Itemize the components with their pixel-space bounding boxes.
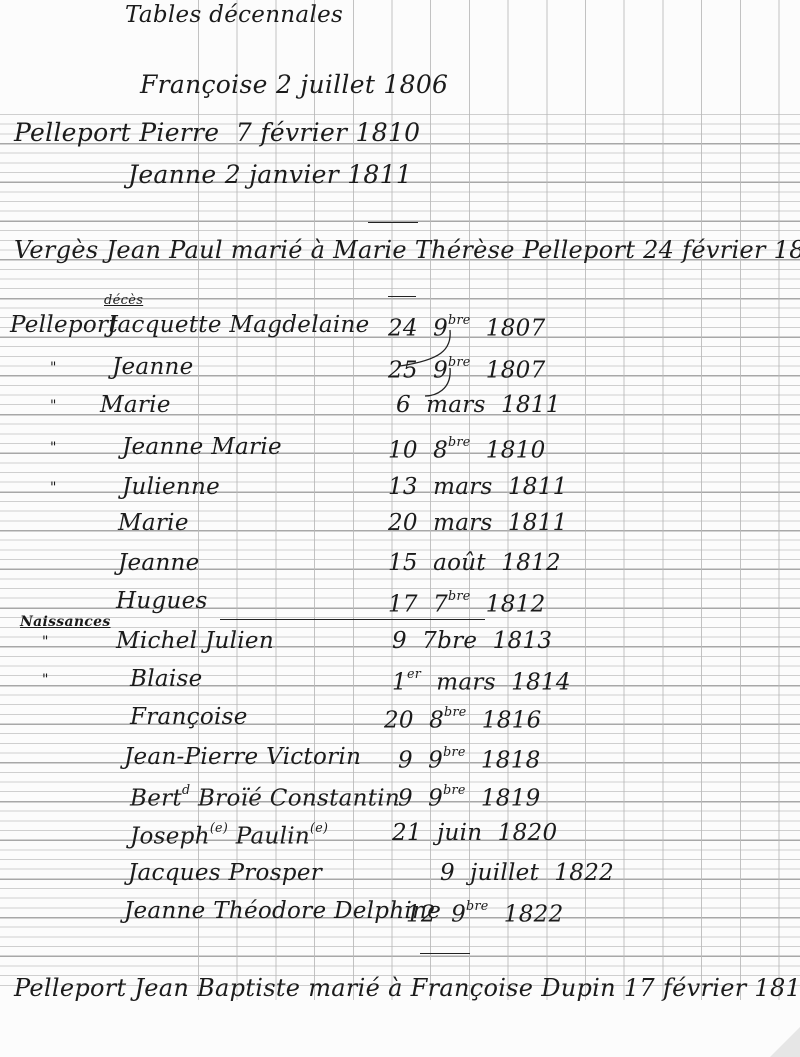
given-name: Michel Julien (116, 628, 274, 654)
date-day: 9 (392, 628, 407, 654)
date-year: 1814 (511, 669, 571, 695)
bracket-mark (380, 320, 480, 400)
given-name: Hugues (116, 588, 208, 614)
date-day: 1 (392, 669, 407, 695)
entry-name: Jeanne (128, 160, 217, 189)
date-day: 9 (440, 860, 455, 886)
given-name: Marie (100, 392, 171, 418)
ditto-mark: " (50, 398, 57, 414)
entry-date: 20 mars 1811 (388, 510, 568, 536)
date-month: 7bre (422, 628, 477, 654)
given-name-rest: Broïé Constantin (198, 785, 400, 811)
date-year: 1807 (486, 315, 546, 341)
date-day: 15 (388, 550, 418, 576)
entry-francoise-1806: Françoise 2 juillet 1806 (140, 70, 448, 99)
date-day: 10 (388, 437, 418, 463)
day-superscript: er (407, 666, 421, 681)
entry-name: Blaise (130, 666, 203, 692)
deaths-surname: Pelleport (10, 312, 118, 338)
month-superscript: bre (466, 898, 489, 913)
entry-date: 2 juillet 1806 (276, 70, 448, 99)
month-superscript: bre (448, 588, 471, 603)
given-name-rest: Paulin (236, 823, 310, 849)
ditto-mark: " (50, 360, 57, 376)
entry-name: Jacques Prosper (128, 860, 322, 886)
entry-date: 2 janvier 1811 (225, 160, 412, 189)
entry-name: Jeanne Marie (122, 434, 282, 460)
entry-name: Jean-Pierre Victorin (124, 744, 361, 770)
date-month: mars (433, 474, 493, 500)
given-name: Françoise (130, 704, 248, 730)
date-day: 12 (406, 901, 436, 927)
month-superscript: bre (448, 434, 471, 449)
page-corner-fold (770, 1027, 800, 1057)
date-year: 1812 (501, 550, 561, 576)
entry-date: 10 8bre 1810 (388, 434, 546, 463)
entry-jeanne-1811: Jeanne 2 janvier 1811 (128, 160, 412, 189)
section-divider-line (220, 619, 485, 620)
date-day: 9 (398, 785, 413, 811)
date-month: 9 (428, 785, 443, 811)
month-superscript: bre (443, 782, 466, 797)
entry-name: Jeanne Théodore Delphine (124, 898, 441, 924)
date-month: 8 (433, 437, 448, 463)
date-year: 1811 (508, 474, 568, 500)
date-month: août (433, 550, 486, 576)
entry-pierre-1810: Pelleport Pierre 7 février 1810 (14, 118, 420, 147)
date-day: 17 (388, 591, 418, 617)
ditto-mark: " (42, 634, 49, 650)
deaths-label: décès (104, 293, 143, 308)
given-name: Jeanne (118, 550, 200, 576)
entry-name: Jeanne (118, 550, 200, 576)
date-month: mars (433, 510, 493, 536)
entry-name: Pierre (139, 118, 219, 147)
entry-name: Marie (118, 510, 189, 536)
entry-name: Jacquette Magdelaine (108, 312, 370, 338)
month-superscript: bre (444, 704, 467, 719)
given-name: Jeanne Théodore Delphine (124, 898, 441, 924)
date-year: 1812 (486, 591, 546, 617)
entry-name: Bertd Broïé Constantin (130, 782, 400, 811)
entry-date: 13 mars 1811 (388, 474, 568, 500)
given-name: Jacques Prosper (128, 860, 322, 886)
entry-date: 1er mars 1814 (392, 666, 571, 695)
date-day: 13 (388, 474, 418, 500)
date-year: 1810 (486, 437, 546, 463)
given-name: Marie (118, 510, 189, 536)
entry-date: 9 9bre 1818 (398, 744, 541, 773)
date-year: 1811 (501, 392, 561, 418)
month-superscript: bre (443, 744, 466, 759)
entry-date: 9 juillet 1822 (440, 860, 614, 886)
entry-name: Joseph(e) Paulin(e) (130, 820, 328, 849)
entry-date: 15 août 1812 (388, 550, 561, 576)
notebook-page: Tables décennales Françoise 2 juillet 18… (0, 0, 800, 1057)
date-month: 9 (451, 901, 466, 927)
overline-mark (368, 222, 418, 223)
given-name: Bert (130, 785, 182, 811)
date-year: 1822 (504, 901, 564, 927)
given-name: Jean-Pierre Victorin (124, 744, 361, 770)
date-month: 7 (433, 591, 448, 617)
given-name: Julienne (122, 474, 220, 500)
marriage-pelleport-dupin: Pelleport Jean Baptiste marié à François… (14, 974, 800, 1002)
date-month: 8 (429, 707, 444, 733)
entry-date: 7 février 1810 (236, 118, 421, 147)
date-day: 20 (384, 707, 414, 733)
ditto-mark: " (42, 672, 49, 688)
name-superscript: (e) (210, 820, 228, 835)
entry-date: 17 7bre 1812 (388, 588, 546, 617)
entry-date: 21 juin 1820 (392, 820, 557, 846)
date-year: 1811 (508, 510, 568, 536)
given-name: Jacquette Magdelaine (108, 312, 370, 338)
date-year: 1813 (493, 628, 553, 654)
given-name: Jeanne (112, 354, 194, 380)
date-year: 1819 (481, 785, 541, 811)
entry-name: Jeanne (112, 354, 194, 380)
entry-date: 20 8bre 1816 (384, 704, 542, 733)
marriage-verges-pelleport: Vergès Jean Paul marié à Marie Thérèse P… (14, 236, 800, 264)
births-label: Naissances (20, 614, 111, 630)
name-superscript: d (182, 782, 190, 797)
entry-name: Françoise (140, 70, 268, 99)
date-year: 1822 (554, 860, 614, 886)
given-name: Joseph (130, 823, 210, 849)
date-day: 9 (398, 747, 413, 773)
date-year: 1816 (482, 707, 542, 733)
entry-name: Marie (100, 392, 171, 418)
ditto-mark: " (50, 440, 57, 456)
date-month: juin (437, 820, 482, 846)
entry-surname: Pelleport (14, 118, 131, 147)
date-day: 20 (388, 510, 418, 536)
given-name: Jeanne Marie (122, 434, 282, 460)
vertical-grid-lines (198, 0, 800, 1000)
name-superscript: (e) (310, 820, 328, 835)
date-day: 21 (392, 820, 422, 846)
ditto-mark: " (50, 480, 57, 496)
entry-date: 9 7bre 1813 (392, 628, 552, 654)
date-month: 9 (428, 747, 443, 773)
date-month: mars (436, 669, 496, 695)
underline-mark (420, 953, 470, 954)
page-title: Tables décennales (125, 2, 343, 28)
date-year: 1818 (481, 747, 541, 773)
entry-name: Hugues (116, 588, 208, 614)
entry-name: Michel Julien (116, 628, 274, 654)
entry-date: 12 9bre 1822 (406, 898, 564, 927)
entry-name: Julienne (122, 474, 220, 500)
entry-name: Françoise (130, 704, 248, 730)
date-year: 1807 (486, 357, 546, 383)
date-month: juillet (470, 860, 539, 886)
overline-mark (388, 296, 416, 297)
entry-date: 9 9bre 1819 (398, 782, 541, 811)
given-name: Blaise (130, 666, 203, 692)
date-year: 1820 (498, 820, 558, 846)
